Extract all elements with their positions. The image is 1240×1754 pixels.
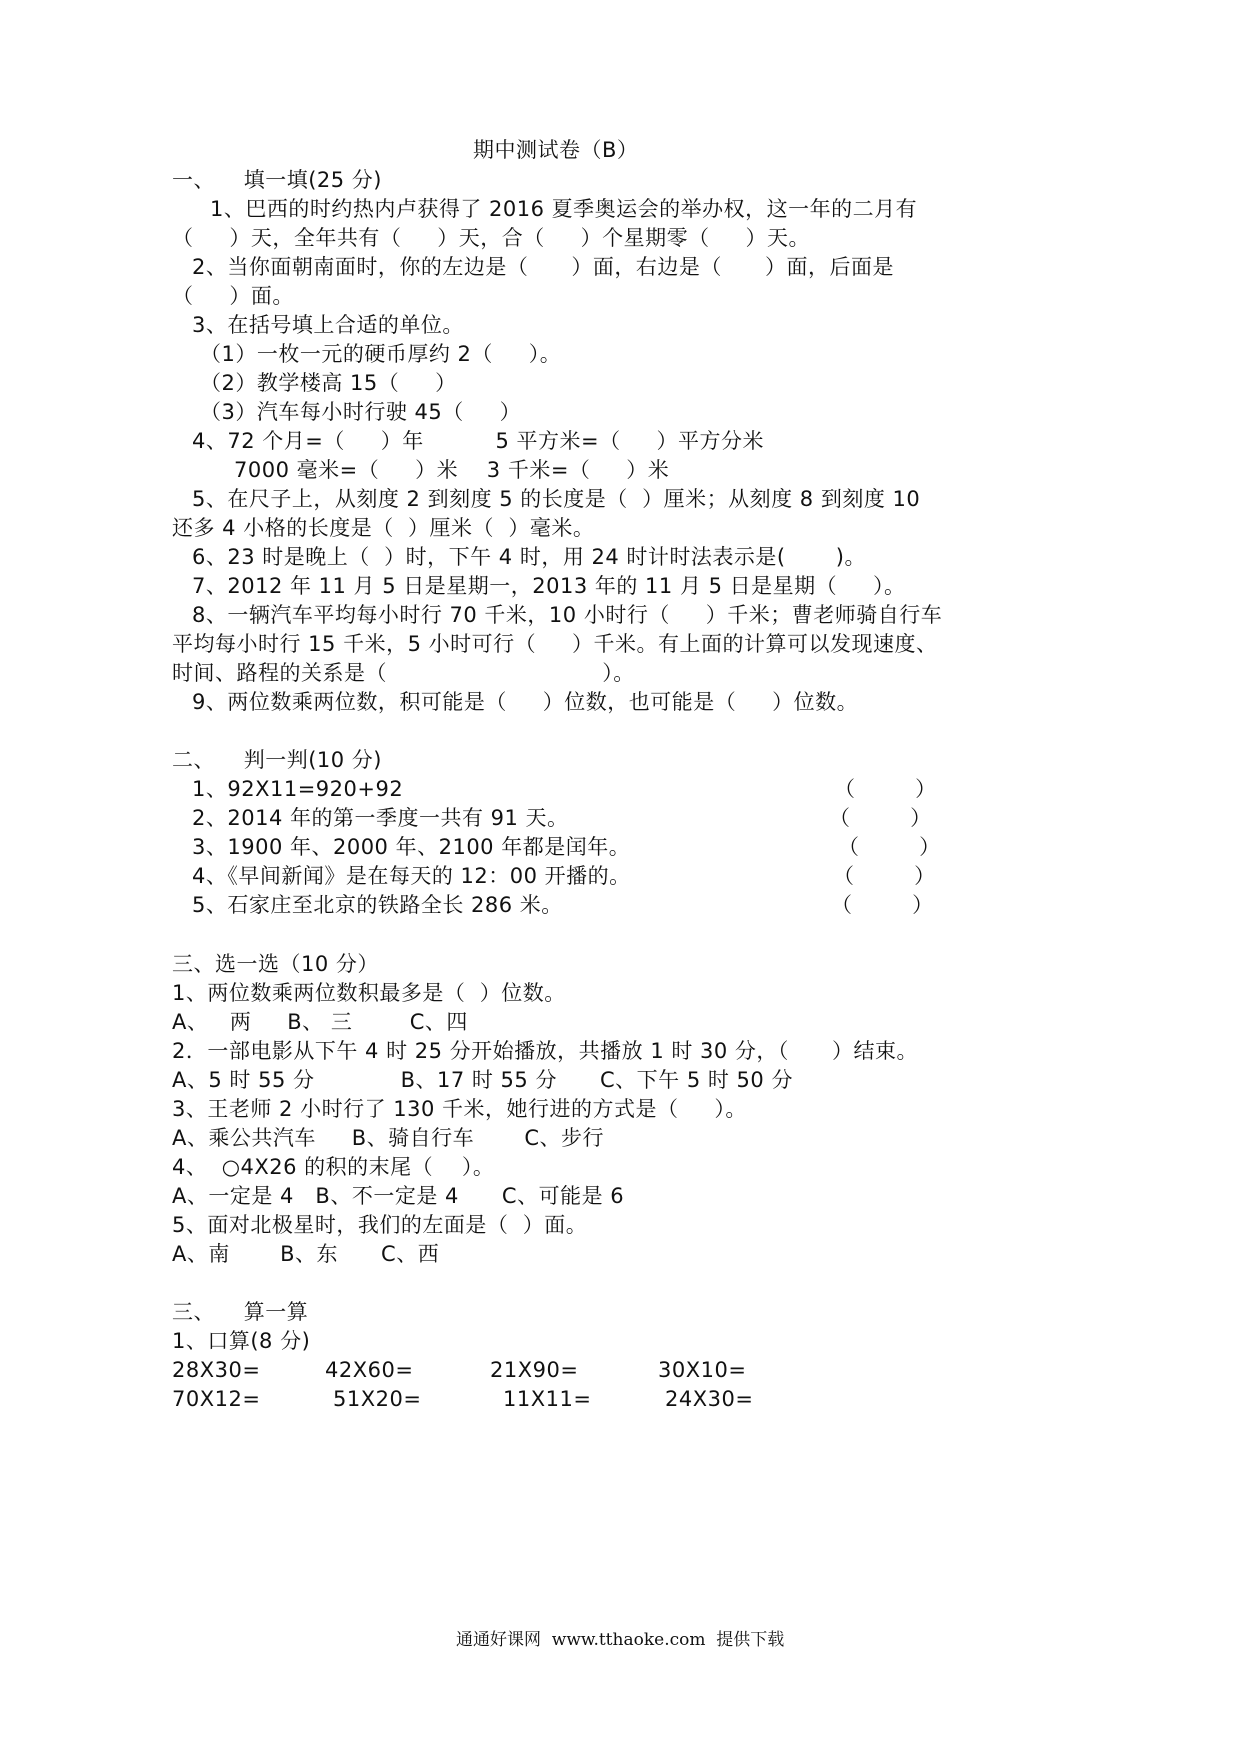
fill-q2-line1: 2、当你面朝南面时，你的左边是（ ）面，右边是（ ）面，后面是 bbox=[192, 253, 894, 281]
fill-q9: 9、两位数乘两位数，积可能是（ ）位数，也可能是（ ）位数。 bbox=[192, 688, 858, 716]
fill-q8-line3: 时间、路程的关系是（ ）。 bbox=[172, 659, 635, 687]
calc-item: 24X30= bbox=[665, 1385, 753, 1413]
judge-item-5: 5、石家庄至北京的铁路全长 286 米。 bbox=[192, 891, 563, 919]
judge-answer-box-1: （ ） bbox=[834, 775, 936, 803]
choose-q4: 4、 ○4X26 的积的末尾（ ）。 bbox=[172, 1153, 494, 1181]
fill-q4-line1: 4、72 个月=（ ）年 5 平方米=（ ）平方分米 bbox=[192, 427, 764, 455]
fill-q5-line1: 5、在尺子上，从刻度 2 到刻度 5 的长度是（ ）厘米；从刻度 8 到刻度 1… bbox=[192, 485, 920, 513]
choose-q4-options: A、一定是 4 B、不一定是 4 C、可能是 6 bbox=[172, 1182, 624, 1210]
calc-item: 30X10= bbox=[658, 1356, 746, 1384]
fill-q1-line2: （ ）天，全年共有（ ）天，合（ ）个星期零（ ）天。 bbox=[172, 224, 810, 252]
fill-q3-sub1: （1）一枚一元的硬币厚约 2（ ）。 bbox=[200, 340, 561, 368]
calc-item: 51X20= bbox=[333, 1385, 421, 1413]
fill-q4-line2: 7000 毫米=（ ）米 3 千米=（ ）米 bbox=[234, 456, 669, 484]
fill-q2-line2: （ ）面。 bbox=[172, 282, 294, 310]
judge-answer-box-3: （ ） bbox=[838, 833, 940, 861]
judge-item-2: 2、2014 年的第一季度一共有 91 天。 bbox=[192, 804, 569, 832]
fill-q3-sub3: （3）汽车每小时行驶 45（ ） bbox=[200, 398, 521, 426]
choose-q2-options: A、5 时 55 分 B、17 时 55 分 C、下午 5 时 50 分 bbox=[172, 1066, 793, 1094]
choose-q3: 3、王老师 2 小时行了 130 千米，她行进的方式是（ ）。 bbox=[172, 1095, 747, 1123]
fill-q3: 3、在括号填上合适的单位。 bbox=[192, 311, 464, 339]
judge-item-1: 1、92X11=920+92 bbox=[192, 775, 403, 803]
choose-q3-options: A、乘公共汽车 B、骑自行车 C、步行 bbox=[172, 1124, 604, 1152]
fill-q8-line2: 平均每小时行 15 千米，5 小时可行（ ）千米。有上面的计算可以发现速度、 bbox=[172, 630, 937, 658]
calc-item: 21X90= bbox=[490, 1356, 578, 1384]
calc-item: 42X60= bbox=[325, 1356, 413, 1384]
fill-q7: 7、2012 年 11 月 5 日是星期一，2013 年的 11 月 5 日是星… bbox=[192, 572, 906, 600]
calc-item: 28X30= bbox=[172, 1356, 260, 1384]
calc-item: 11X11= bbox=[503, 1385, 591, 1413]
judge-answer-box-5: （ ） bbox=[831, 891, 933, 919]
section-heading-choose: 三、选一选（10 分） bbox=[172, 950, 379, 978]
fill-q3-sub2: （2）教学楼高 15（ ） bbox=[200, 369, 457, 397]
judge-answer-box-4: （ ） bbox=[833, 862, 935, 890]
choose-q5: 5、面对北极星时，我们的左面是（ ）面。 bbox=[172, 1211, 587, 1239]
page-title: 期中测试卷（B） bbox=[473, 136, 638, 164]
section-heading-fill: 一、 填一填(25 分) bbox=[172, 166, 382, 194]
judge-answer-box-2: （ ） bbox=[829, 804, 931, 832]
fill-q6: 6、23 时是晚上（ ）时，下午 4 时，用 24 时计时法表示是( )。 bbox=[192, 543, 866, 571]
section-heading-judge: 二、 判一判(10 分) bbox=[172, 746, 382, 774]
choose-q2: 2．一部电影从下午 4 时 25 分开始播放，共播放 1 时 30 分，（ ）结… bbox=[172, 1037, 918, 1065]
calc-item: 70X12= bbox=[172, 1385, 260, 1413]
choose-q5-options: A、南 B、东 C、西 bbox=[172, 1240, 439, 1268]
choose-q1-options: A、 两 B、 三 C、四 bbox=[172, 1008, 468, 1036]
calc-subheading: 1、口算(8 分) bbox=[172, 1327, 310, 1355]
judge-item-3: 3、1900 年、2000 年、2100 年都是闰年。 bbox=[192, 833, 630, 861]
fill-q5-line2: 还多 4 小格的长度是（ ）厘米（ ）毫米。 bbox=[172, 514, 594, 542]
section-heading-calc: 三、 算一算 bbox=[172, 1298, 308, 1326]
choose-q1: 1、两位数乘两位数积最多是（ ）位数。 bbox=[172, 979, 566, 1007]
footer-credit: 通通好课网 www.tthaoke.com 提供下载 bbox=[456, 1629, 784, 1651]
judge-item-4: 4、《早间新闻》是在每天的 12：00 开播的。 bbox=[192, 862, 631, 890]
fill-q1-line1: 1、巴西的时约热内卢获得了 2016 夏季奥运会的举办权，这一年的二月有 bbox=[210, 195, 917, 223]
fill-q8-line1: 8、一辆汽车平均每小时行 70 千米，10 小时行（ ）千米；曹老师骑自行车 bbox=[192, 601, 942, 629]
